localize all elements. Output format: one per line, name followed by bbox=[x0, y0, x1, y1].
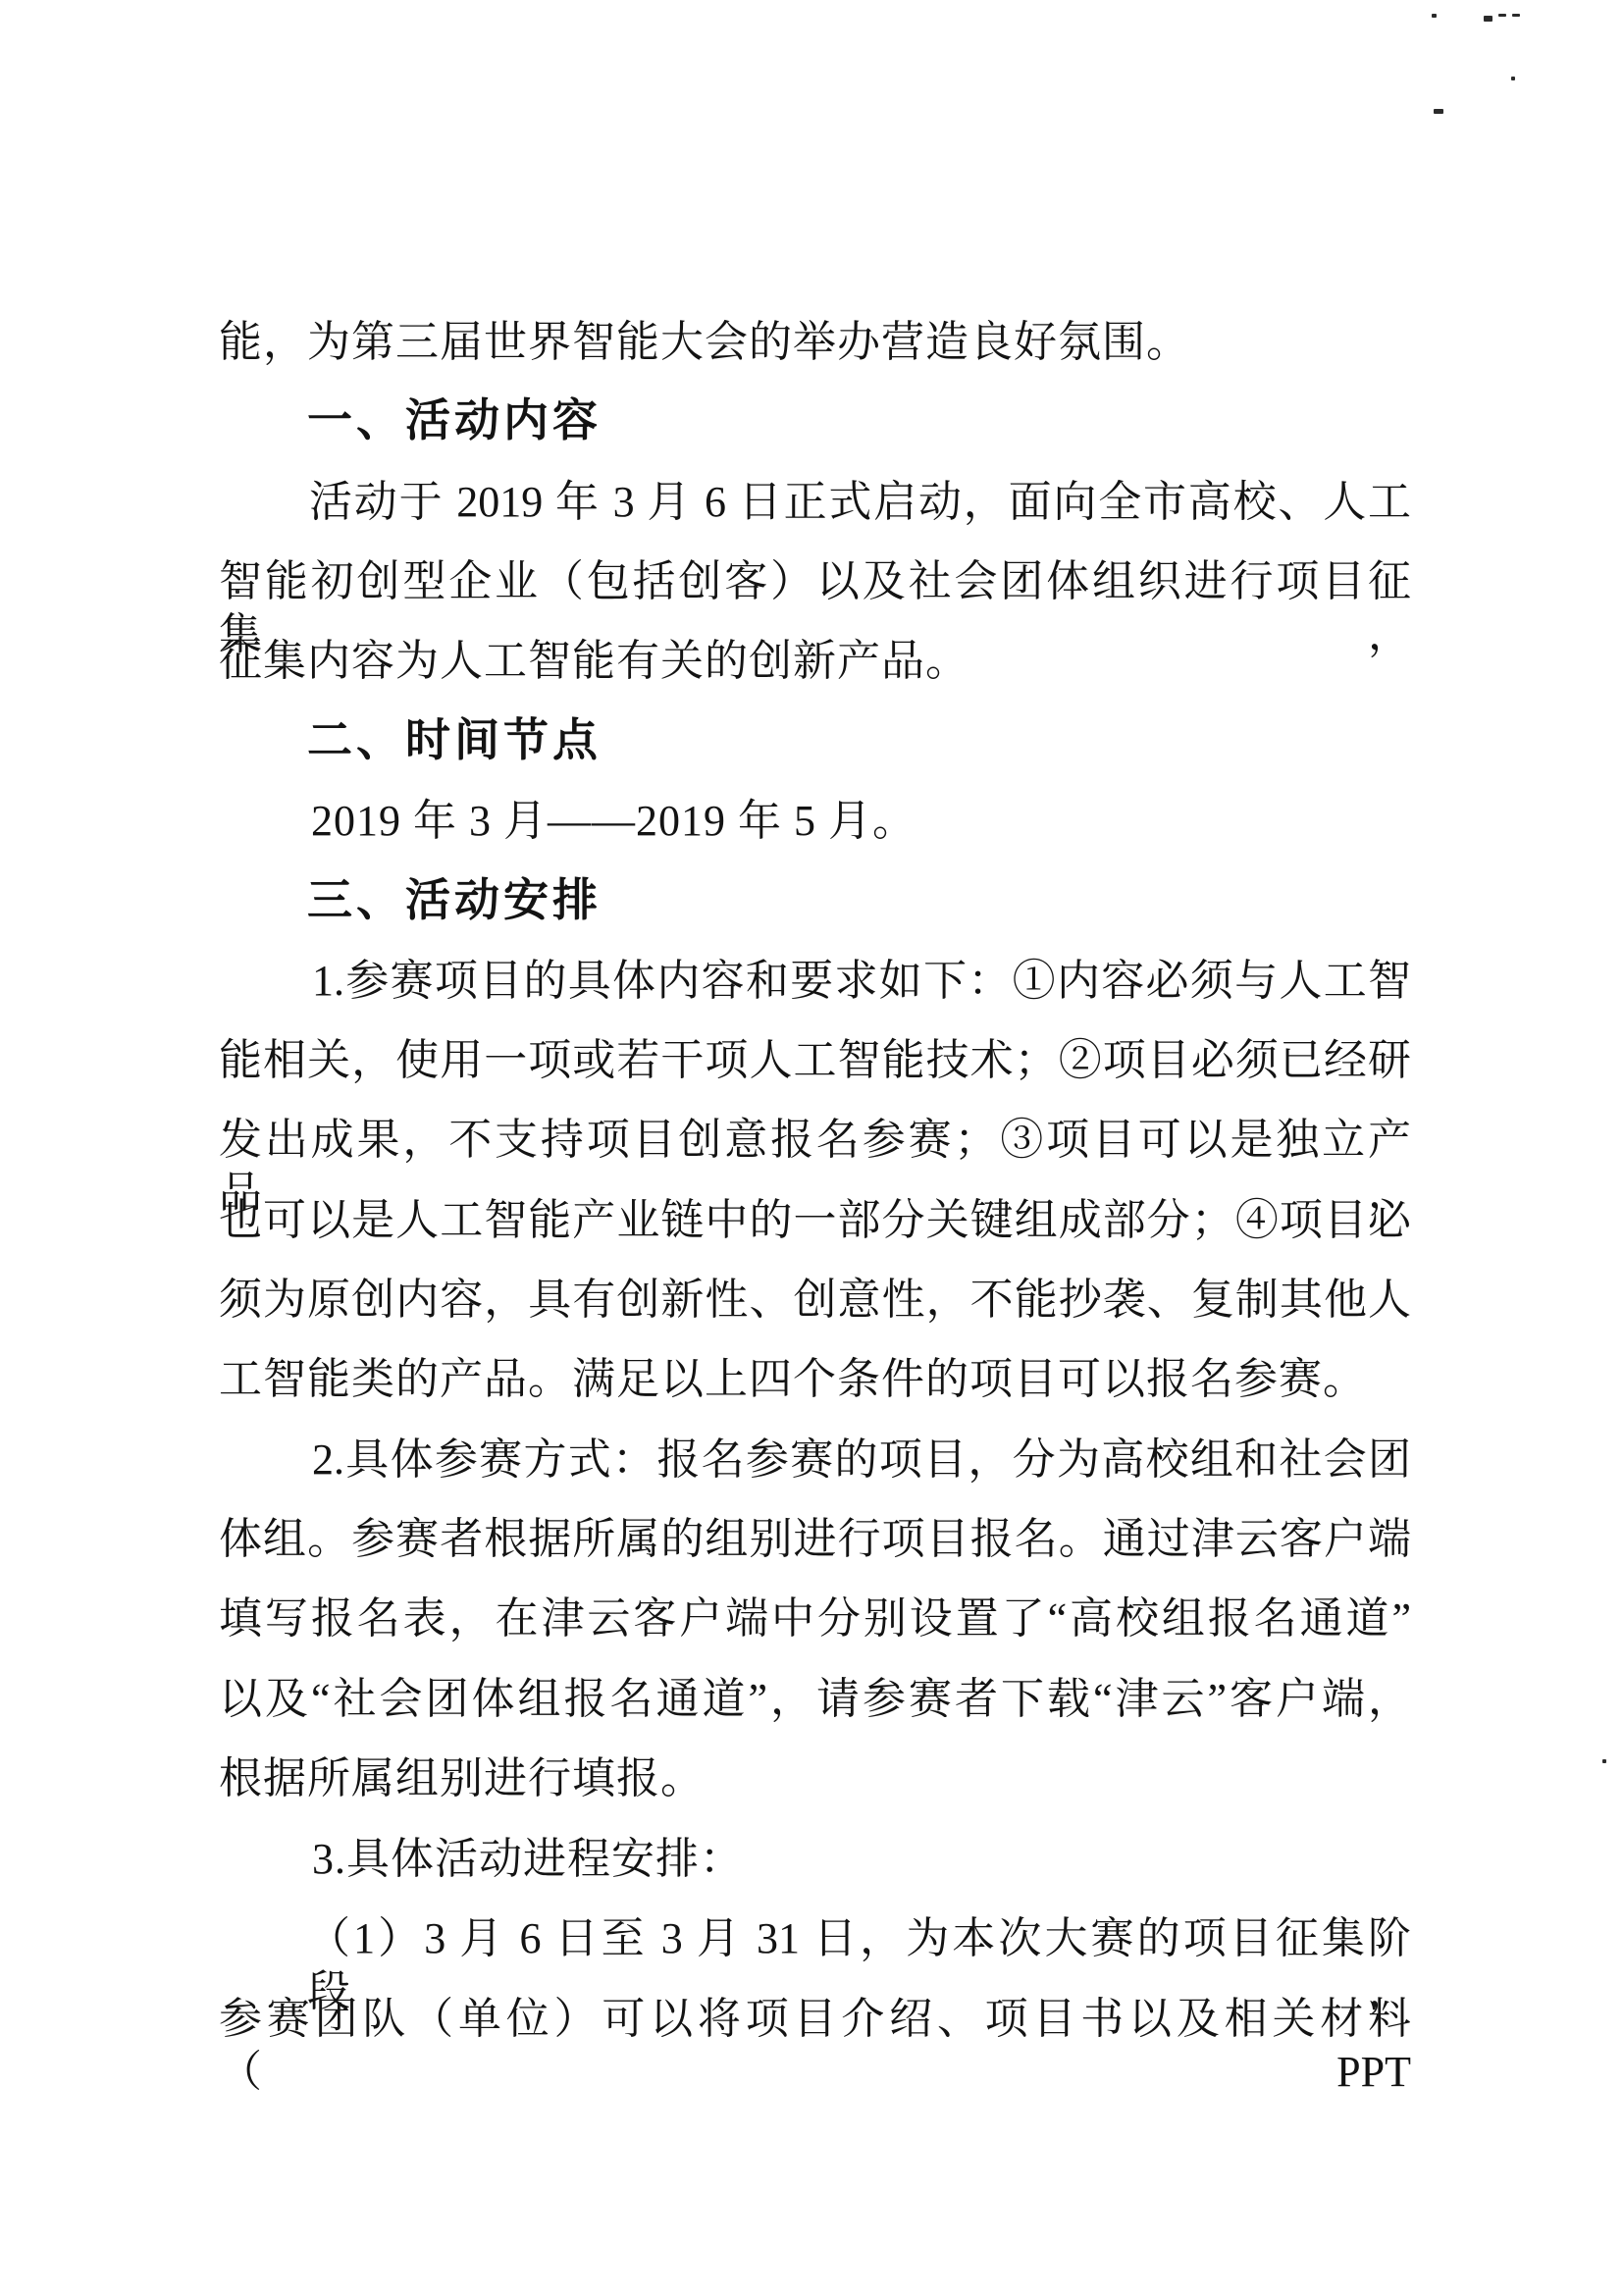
document-page: 能，为第三届世界智能大会的举办营造良好氛围。 一、活动内容 活动于 2019 年… bbox=[0, 0, 1623, 2296]
text-line-2: 活动于 2019 年 3 月 6 日正式启动，面向全市高校、人工 bbox=[309, 476, 1411, 529]
text-line-7: 能相关，使用一项或若干项人工智能技术；②项目必须已经研 bbox=[219, 1034, 1411, 1087]
scan-noise-speck bbox=[1512, 14, 1520, 17]
text-line-1: 能，为第三届世界智能大会的举办营造良好氛围。 bbox=[219, 316, 1190, 369]
scan-noise-speck bbox=[1434, 109, 1443, 114]
scan-noise-speck bbox=[1511, 77, 1515, 80]
text-line-15: 以及“社会团体组报名通道”，请参赛者下载“津云”客户端， bbox=[219, 1673, 1411, 1726]
scan-noise-speck bbox=[1484, 16, 1492, 22]
scan-noise-speck bbox=[1602, 1759, 1606, 1763]
scan-noise-speck bbox=[1432, 14, 1437, 18]
scan-noise-speck bbox=[236, 590, 239, 594]
text-line-10: 须为原创内容，具有创新性、创意性，不能抄袭、复制其他人 bbox=[219, 1274, 1411, 1327]
text-line-11: 工智能类的产品。满足以上四个条件的项目可以报名参赛。 bbox=[219, 1353, 1367, 1406]
text-line-4: 征集内容为人工智能有关的创新产品。 bbox=[219, 635, 969, 688]
text-line-17: 3.具体活动进程安排： bbox=[312, 1833, 744, 1886]
text-line-13: 体组。参赛者根据所属的组别进行项目报名。通过津云客户端 bbox=[219, 1513, 1411, 1566]
heading-section-2: 二、时间节点 bbox=[307, 713, 602, 766]
text-line-16: 根据所属组别进行填报。 bbox=[219, 1752, 705, 1805]
heading-section-1: 一、活动内容 bbox=[307, 393, 602, 446]
text-line-14: 填写报名表，在津云客户端中分别设置了“高校组报名通道” bbox=[219, 1592, 1411, 1645]
text-line-5: 2019 年 3 月——2019 年 5 月。 bbox=[311, 795, 916, 848]
text-line-6: 1.参赛项目的具体内容和要求如下：①内容必须与人工智 bbox=[312, 955, 1411, 1008]
text-line-12: 2.具体参赛方式：报名参赛的项目，分为高校组和社会团 bbox=[312, 1434, 1411, 1487]
scan-noise-speck bbox=[1498, 14, 1506, 17]
heading-section-3: 三、活动安排 bbox=[307, 873, 602, 926]
text-line-9: 也可以是人工智能产业链中的一部分关键组成部分；④项目必 bbox=[219, 1194, 1411, 1247]
text-line-19: 参赛团队（单位）可以将项目介绍、项目书以及相关材料（PPT bbox=[219, 1993, 1411, 2099]
